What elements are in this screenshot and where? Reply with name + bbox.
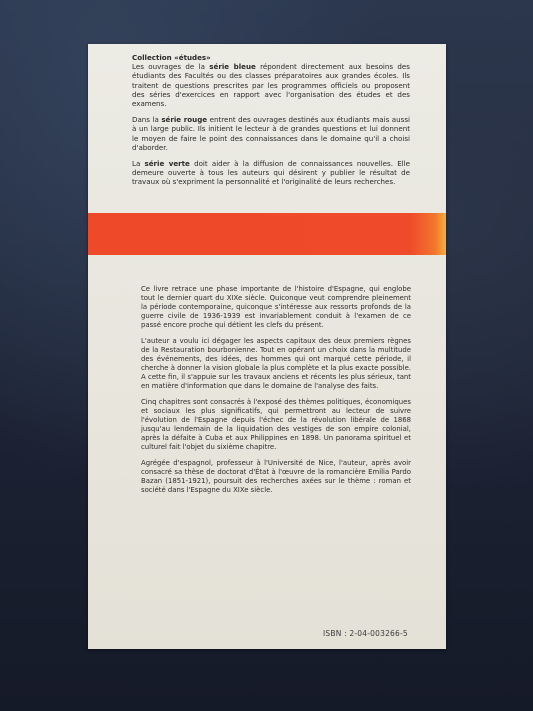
author-paragraph: Agrégée d'espagnol, professeur à l'Unive… [141, 459, 411, 495]
book-back-cover: Collection «études»Les ouvrages de la sé… [88, 44, 446, 649]
serie-verte-label: série verte [145, 159, 190, 168]
isbn: ISBN : 2-04-003266-5 [323, 629, 408, 638]
serie-rouge-text-pre: Dans la [132, 115, 161, 124]
description-paragraph: L'auteur a voulu ici dégager les aspects… [141, 337, 411, 391]
red-band [88, 213, 446, 255]
serie-rouge-label: série rouge [161, 115, 207, 124]
collection-title: Collection «études» [132, 53, 410, 62]
serie-bleue-paragraph: Collection «études»Les ouvrages de la sé… [132, 53, 410, 108]
book-description: Ce livre retrace une phase importante de… [141, 285, 411, 502]
serie-verte-paragraph: La série verte doit aider à la diffusion… [132, 159, 410, 187]
description-paragraph: Cinq chapitres sont consacrés à l'exposé… [141, 398, 411, 452]
serie-bleue-text-pre: Les ouvrages de la [132, 62, 209, 71]
serie-verte-text-pre: La [132, 159, 145, 168]
serie-rouge-paragraph: Dans la série rouge entrent des ouvrages… [132, 115, 410, 152]
serie-bleue-label: série bleue [209, 62, 256, 71]
description-paragraph: Ce livre retrace une phase importante de… [141, 285, 411, 330]
collection-description: Collection «études»Les ouvrages de la sé… [132, 53, 410, 194]
